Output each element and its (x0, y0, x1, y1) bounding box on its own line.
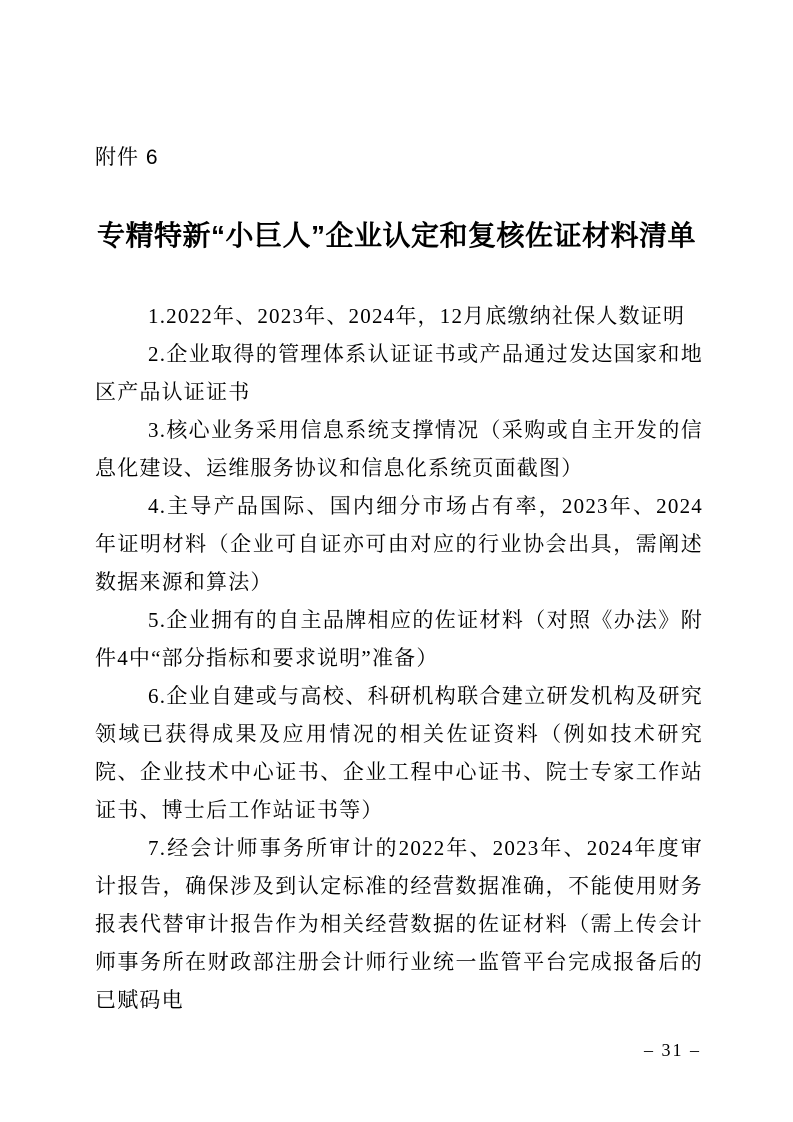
document-page: 附件 6 专精特新“小巨人”企业认定和复核佐证材料清单 1.2022年、2023… (0, 0, 793, 1122)
document-title: 专精特新“小巨人”企业认定和复核佐证材料清单 (60, 218, 733, 254)
list-item-3: 3.核心业务采用信息系统支撑情况（采购或自主开发的信息化建设、运维服务协议和信息… (95, 411, 703, 487)
page-number: – 31 – (644, 1038, 701, 1062)
list-item-7: 7.经会计师事务所审计的2022年、2023年、2024年度审计报告，确保涉及到… (95, 829, 703, 1019)
list-item-4: 4.主导产品国际、国内细分市场占有率，2023年、2024年证明材料（企业可自证… (95, 487, 703, 601)
list-item-5: 5.企业拥有的自主品牌相应的佐证材料（对照《办法》附件4中“部分指标和要求说明”… (95, 601, 703, 677)
list-item-6: 6.企业自建或与高校、科研机构联合建立研发机构及研究领域已获得成果及应用情况的相… (95, 677, 703, 829)
document-body: 1.2022年、2023年、2024年，12月底缴纳社保人数证明 2.企业取得的… (95, 297, 703, 1019)
attachment-label: 附件 6 (95, 144, 159, 172)
list-item-1: 1.2022年、2023年、2024年，12月底缴纳社保人数证明 (95, 297, 703, 335)
list-item-2: 2.企业取得的管理体系认证证书或产品通过发达国家和地区产品认证证书 (95, 335, 703, 411)
